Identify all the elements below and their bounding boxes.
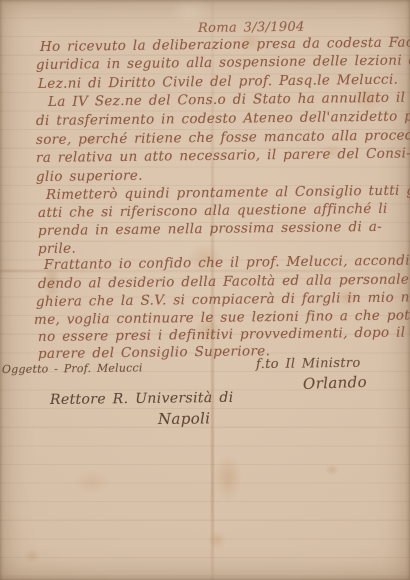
letter-line: La IV Sez.ne del Cons.o di Stato ha annu… [48, 90, 410, 109]
letter-line: giuridica in seguito alla sospensione de… [36, 53, 410, 72]
letter-line: ra relativa un atto necessario, il parer… [36, 146, 410, 165]
date-line: Roma 3/3/1904 [198, 21, 305, 36]
letter-line: di trasferimento in codesto Ateneo dell'… [36, 109, 410, 128]
letter-line: prenda in esame nella prossima sessione … [38, 220, 382, 238]
letter-line: glio superiore. [36, 169, 143, 184]
signature-prefix: f.to Il Ministro [256, 357, 361, 372]
letter-line: dendo al desiderio della Facoltà ed alla… [38, 272, 410, 291]
letter-line: Frattanto io confido che il prof. Melucc… [44, 253, 410, 272]
letter-line: sore, perché ritiene che fosse mancato a… [36, 128, 410, 147]
margin-subject-note: Oggetto - Prof. Melucci [2, 361, 143, 377]
recipient-line-2: Napoli [158, 411, 211, 426]
scanned-letter: Roma 3/3/1904 Ho ricevuto la deliberazio… [0, 0, 410, 580]
letter-line: Ho ricevuto la deliberazione presa da co… [40, 35, 410, 54]
letter-line: prile. [38, 242, 76, 256]
letter-line: Lez.ni di Diritto Civile del prof. Pasq.… [38, 73, 398, 91]
signature-name: Orlando [303, 375, 367, 391]
paper-sheet: Roma 3/3/1904 Ho ricevuto la deliberazio… [0, 0, 410, 580]
letter-line: ghiera che la S.V. si compiacerà di farg… [36, 290, 410, 309]
letter-line: no essere presi i definitivi provvedimen… [38, 326, 406, 344]
recipient-line-1: Rettore R. Università di [50, 391, 234, 407]
letter-line: parere del Consiglio Superiore. [38, 344, 270, 361]
letter-line: Rimetterò quindi prontamente al Consigli… [46, 183, 410, 202]
letter-line: atti che si riferiscono alla questione a… [38, 202, 388, 220]
